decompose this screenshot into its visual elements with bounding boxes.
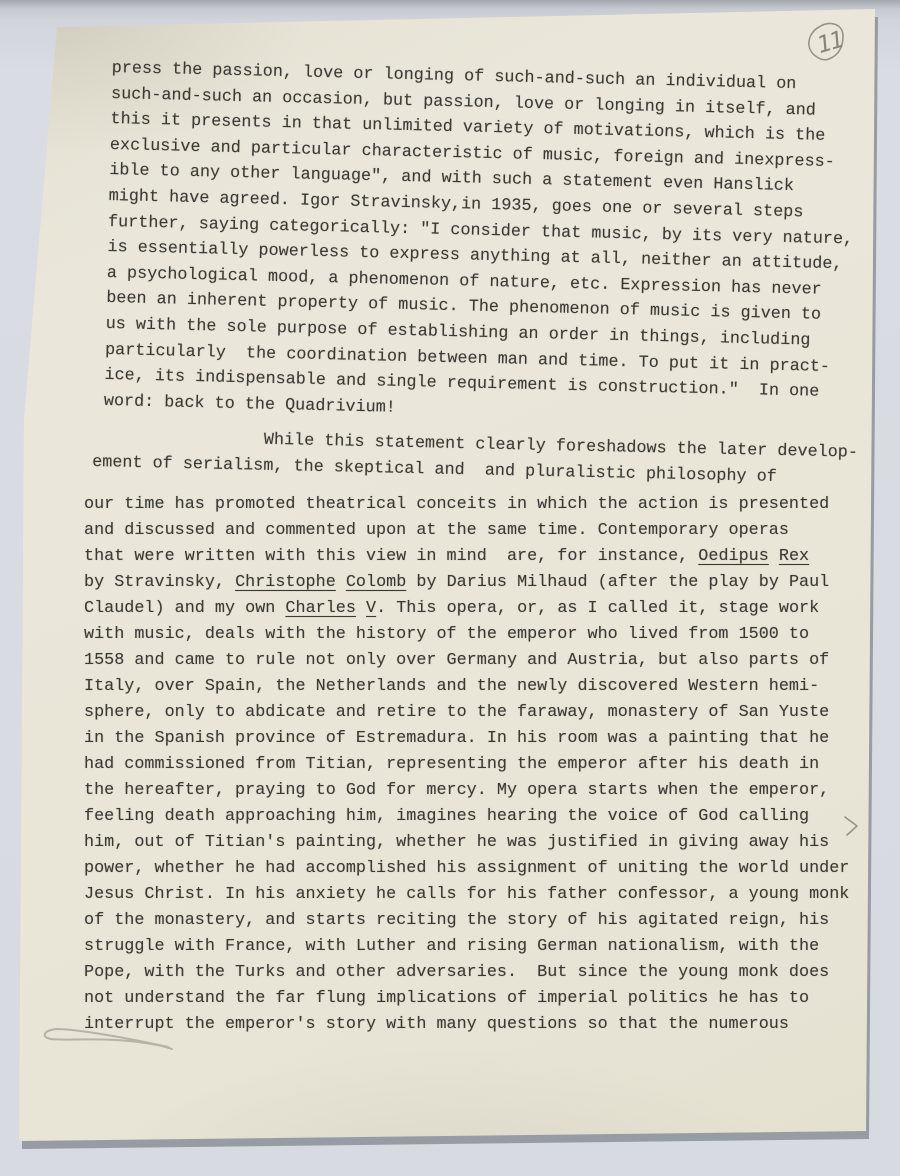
typescript-paragraph-a: press the passion, love or longing of su… (104, 56, 857, 432)
typescript-line: interrupt the emperor's story with many … (84, 1012, 849, 1038)
typescript-line: Pope, with the Turks and other adversari… (84, 960, 849, 986)
typescript-line: feeling death approaching him, imagines … (84, 804, 849, 830)
typescript-line: in the Spanish province of Estremadura. … (84, 726, 849, 752)
typescript-line: and discussed and commented upon at the … (84, 518, 849, 544)
typescript-line: with music, deals with the history of th… (84, 622, 849, 648)
typescript-line: struggle with France, with Luther and ri… (84, 934, 849, 960)
typescript-line: that were written with this view in mind… (84, 544, 849, 570)
typescript-line: by Stravinsky, Christophe Colomb by Dari… (84, 570, 849, 596)
typescript-line: sphere, only to abdicate and retire to t… (84, 700, 849, 726)
typescript-line: our time has promoted theatrical conceit… (84, 492, 849, 518)
typescript-line: 1558 and came to rule not only over Germ… (84, 648, 849, 674)
typescript-line: the hereafter, praying to God for mercy.… (84, 778, 849, 804)
typescript-line: Jesus Christ. In his anxiety he calls fo… (84, 882, 849, 908)
typescript-line: had commissioned from Titian, representi… (84, 752, 849, 778)
typescript-line: Claudel) and my own Charles V. This oper… (84, 596, 849, 622)
typescript-line: Italy, over Spain, the Netherlands and t… (84, 674, 849, 700)
typescript-paragraph-c: our time has promoted theatrical conceit… (84, 492, 849, 1038)
typescript-line: of the monastery, and starts reciting th… (84, 908, 849, 934)
typescript-line: not understand the far flung implication… (84, 986, 849, 1012)
scanned-page-background: press the passion, love or longing of su… (0, 0, 900, 1176)
typescript-line: power, whether he had accomplished his a… (84, 856, 849, 882)
typescript-line: him, out of Titian's painting, whether h… (84, 830, 849, 856)
